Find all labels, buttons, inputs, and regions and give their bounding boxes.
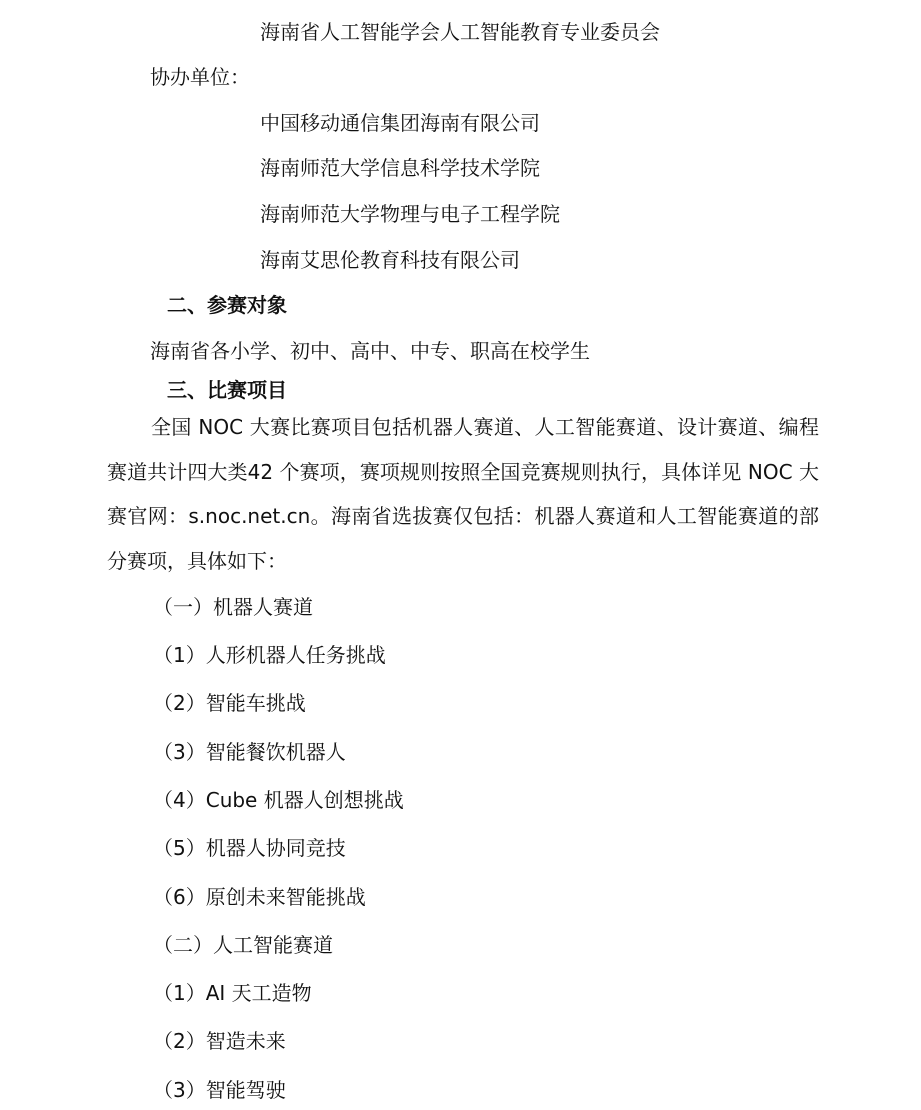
track-item: （6）原创未来智能挑战: [153, 884, 366, 910]
section-heading-participants: 二、参赛对象: [167, 292, 287, 318]
track-item: （3）智能餐饮机器人: [153, 739, 346, 765]
track-item: （5）机器人协同竞技: [153, 835, 346, 861]
co-organizer-item: 海南师范大学信息科学技术学院: [260, 155, 540, 181]
co-organizer-item: 中国移动通信集团海南有限公司: [260, 110, 540, 136]
co-organizers-label: 协办单位：: [150, 64, 250, 90]
track-item: （1）AI 天工造物: [153, 980, 312, 1006]
organizer-name: 海南省人工智能学会人工智能教育专业委员会: [260, 19, 660, 45]
track-item: （1）人形机器人任务挑战: [153, 642, 386, 668]
section-heading-events: 三、比赛项目: [167, 377, 287, 403]
co-organizer-item: 海南师范大学物理与电子工程学院: [260, 201, 560, 227]
track-item: （2）智造未来: [153, 1028, 286, 1054]
track-title-ai: （二）人工智能赛道: [153, 932, 333, 958]
events-paragraph: 全国 NOC 大赛比赛项目包括机器人赛道、人工智能赛道、设计赛道、编程赛道共计四…: [107, 405, 819, 583]
co-organizer-item: 海南艾思伦教育科技有限公司: [260, 247, 520, 273]
track-item: （2）智能车挑战: [153, 690, 306, 716]
track-title-robotics: （一）机器人赛道: [153, 594, 313, 620]
track-item: （4）Cube 机器人创想挑战: [153, 787, 404, 813]
track-item: （3）智能驾驶: [153, 1077, 286, 1103]
participants-text: 海南省各小学、初中、高中、中专、职高在校学生: [150, 338, 590, 364]
